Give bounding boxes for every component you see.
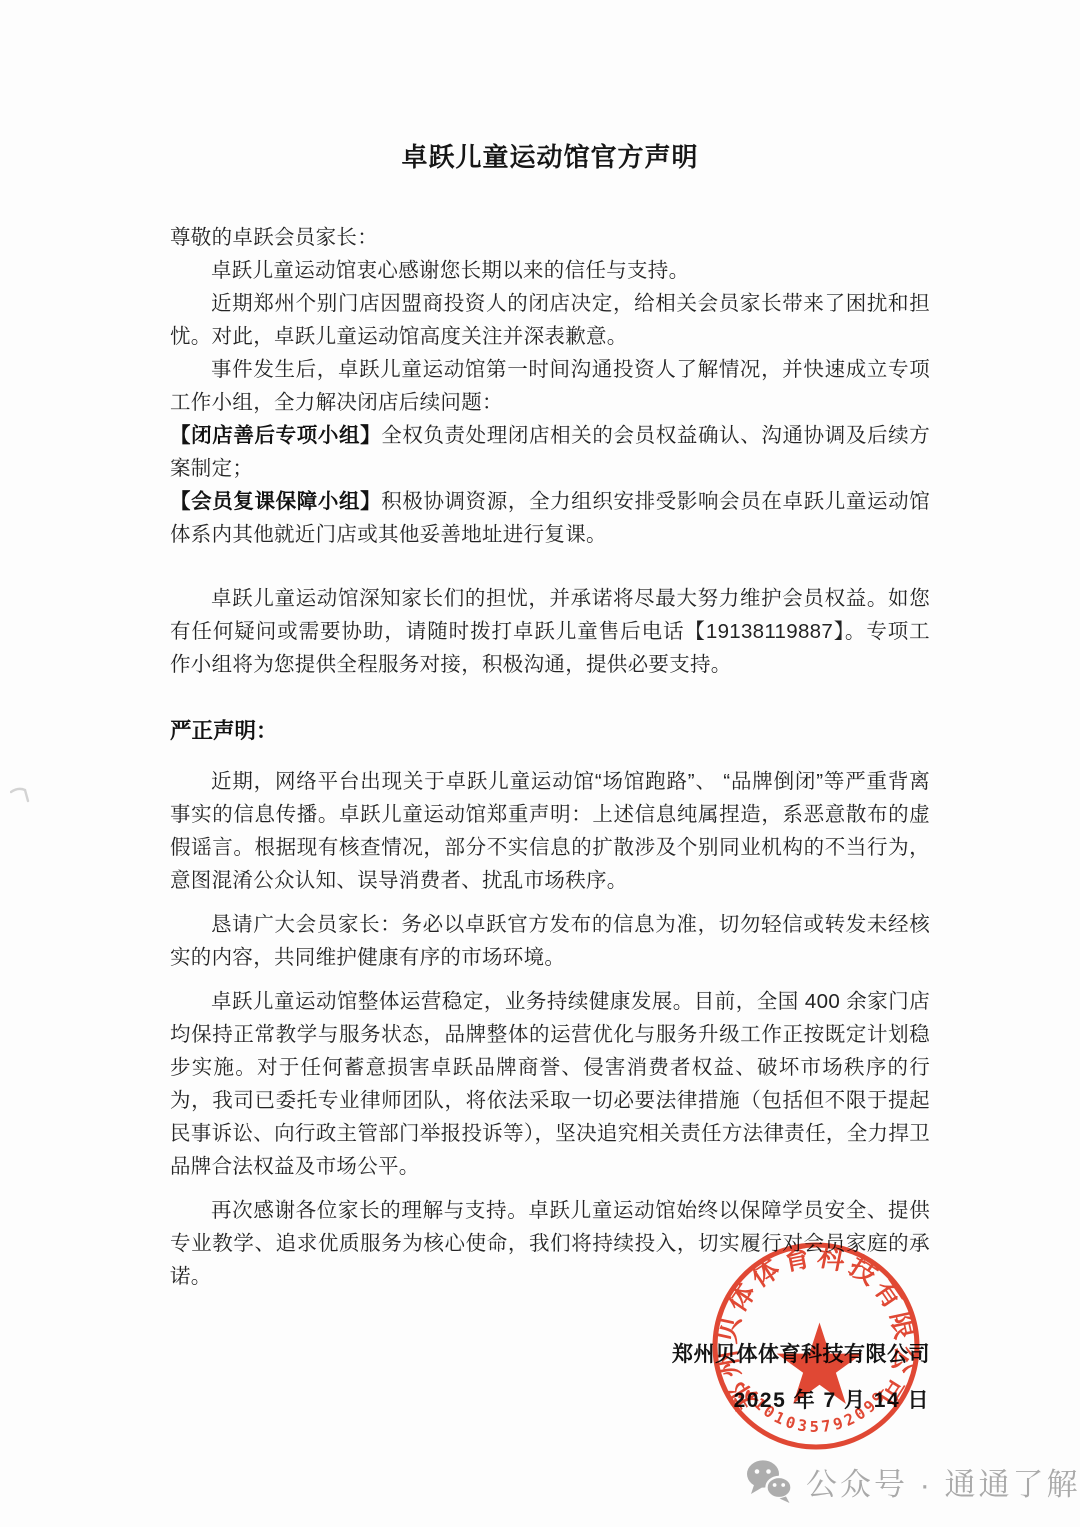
watermark-label: 公众号 · 通通了解 xyxy=(806,1459,1080,1504)
paragraph-thanks: 卓跃儿童运动馆衷心感谢您长期以来的信任与支持。 xyxy=(170,254,930,287)
watermark-footer: 公众号 · 通通了解 xyxy=(746,1458,1080,1504)
document-body: 卓跃儿童运动馆官方声明 尊敬的卓跃会员家长： 卓跃儿童运动馆衷心感谢您长期以来的… xyxy=(170,141,930,1414)
pen-mark xyxy=(10,786,36,810)
signature-date: 2025 年 7 月 14 日 xyxy=(170,1384,930,1414)
paragraph-group1: 【闭店善后专项小组】全权负责处理闭店相关的会员权益确认、沟通协调及后续方案制定； xyxy=(170,419,930,485)
paragraph-response: 事件发生后，卓跃儿童运动馆第一时间沟通投资人了解情况，并快速成立专项工作小组，全… xyxy=(170,353,930,419)
paragraph-group2: 【会员复课保障小组】积极协调资源，全力组织安排受影响会员在卓跃儿童运动馆体系内其… xyxy=(170,485,930,551)
paragraph-rumor: 近期，网络平台出现关于卓跃儿童运动馆“场馆跑路”、 “品牌倒闭”等严重背离事实的… xyxy=(170,765,930,897)
signature-block: 郑州贝体体育科技有限公司 2025 年 7 月 14 日 xyxy=(170,1342,930,1414)
page-title: 卓跃儿童运动馆官方声明 xyxy=(170,141,930,174)
paragraph-operation: 卓跃儿童运动馆整体运营稳定，业务持续健康发展。目前，全国 400 余家门店均保持… xyxy=(170,985,930,1183)
paragraph-closing: 再次感谢各位家长的理解与支持。卓跃儿童运动馆始终以保障学员安全、提供专业教学、追… xyxy=(170,1194,930,1293)
signature-company: 郑州贝体体育科技有限公司 xyxy=(170,1342,930,1367)
paragraph-promise: 卓跃儿童运动馆深知家长们的担忧，并承诺将尽最大努力维护会员权益。如您有任何疑问或… xyxy=(170,582,930,681)
group1-label: 【闭店善后专项小组】 xyxy=(170,424,381,447)
paragraph-closure-news: 近期郑州个别门店因盟商投资人的闭店决定，给相关会员家长带来了困扰和担忧。对此，卓… xyxy=(170,287,930,353)
statement-heading: 严正声明： xyxy=(170,715,930,748)
salutation: 尊敬的卓跃会员家长： xyxy=(170,221,930,254)
group2-label: 【会员复课保障小组】 xyxy=(170,490,381,513)
paragraph-appeal: 恳请广大会员家长：务必以卓跃官方发布的信息为准，切勿轻信或转发未经核实的内容，共… xyxy=(170,908,930,974)
document-page: 卓跃儿童运动馆官方声明 尊敬的卓跃会员家长： 卓跃儿童运动馆衷心感谢您长期以来的… xyxy=(0,0,1080,1527)
wechat-icon xyxy=(746,1459,793,1504)
